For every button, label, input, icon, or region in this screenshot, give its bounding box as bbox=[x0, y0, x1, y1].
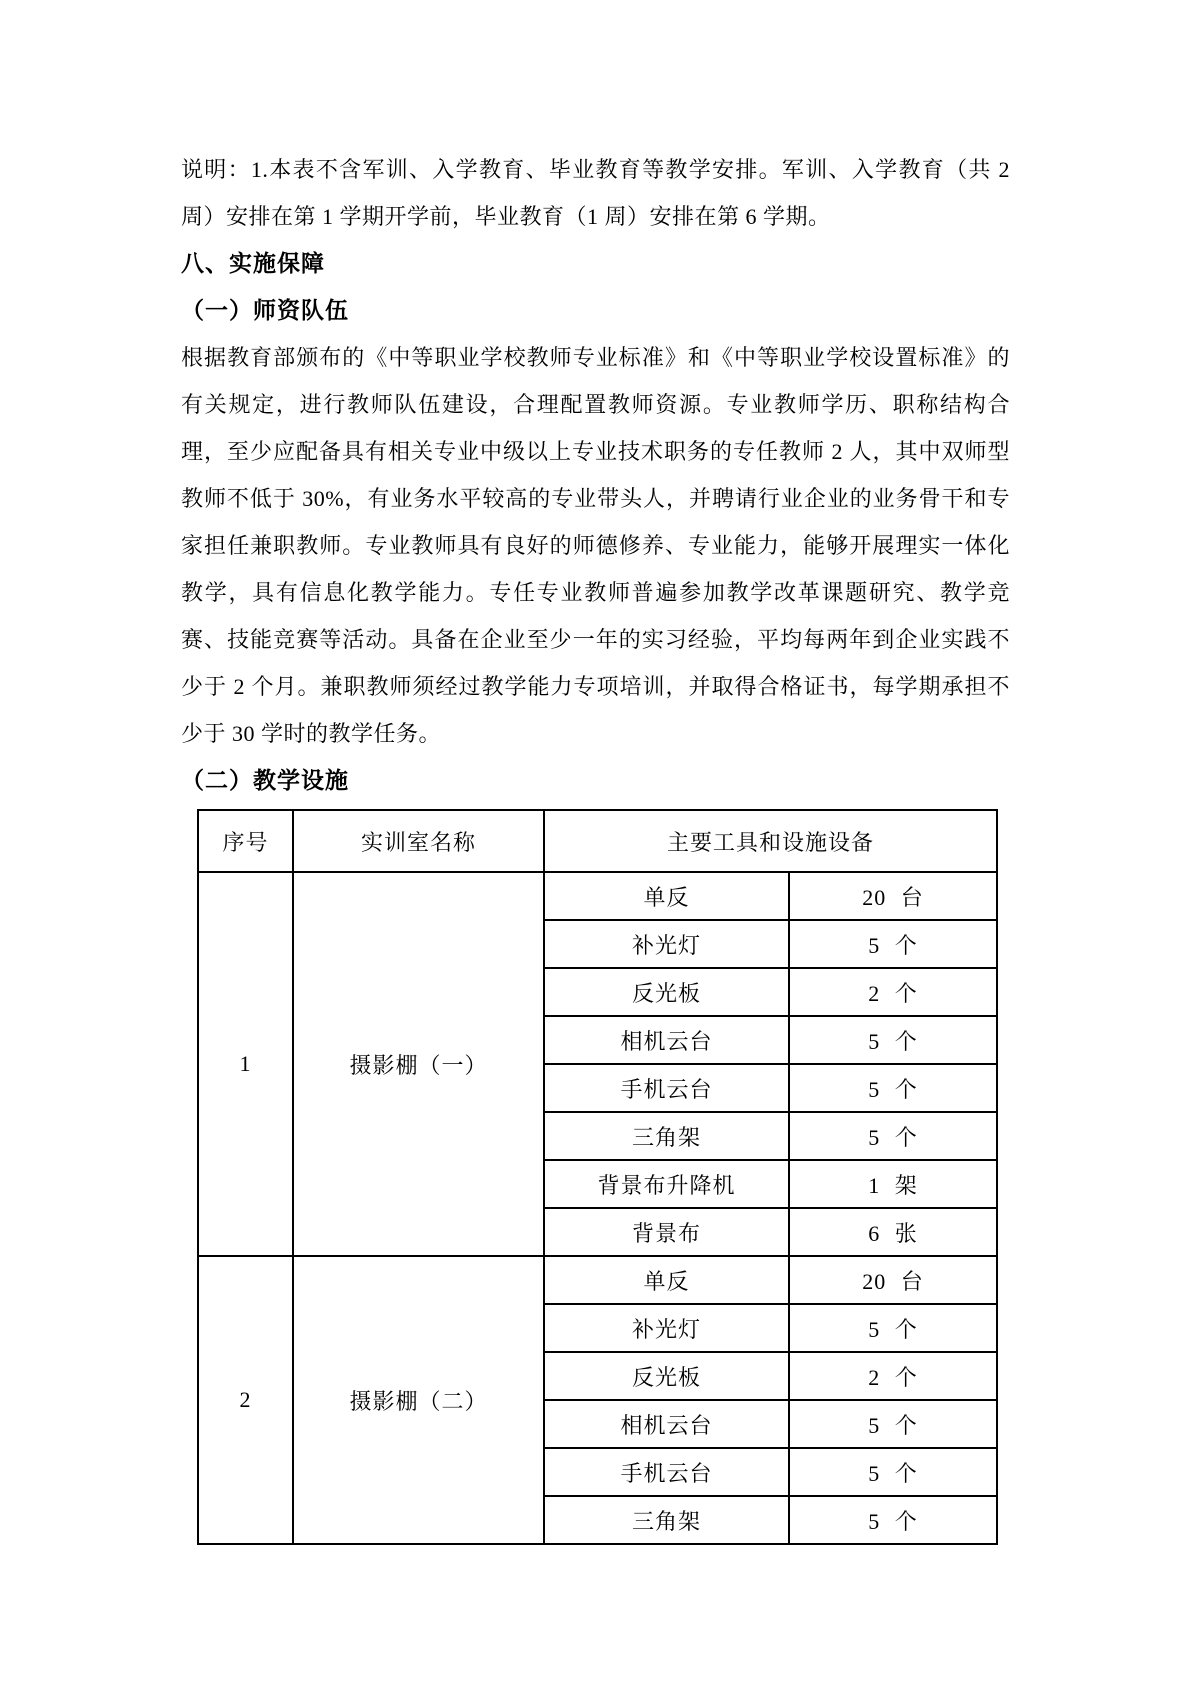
header-room-name: 实训室名称 bbox=[293, 810, 544, 872]
tool-name-cell: 补光灯 bbox=[544, 1304, 789, 1352]
note-paragraph: 说明：1.本表不含军训、入学教育、毕业教育等教学安排。军训、入学教育（共 2 周… bbox=[181, 146, 1010, 240]
tool-quantity-cell: 5 个 bbox=[789, 1016, 997, 1064]
room-index-cell: 1 bbox=[198, 872, 293, 1256]
tool-name-cell: 补光灯 bbox=[544, 920, 789, 968]
tool-name-cell: 三角架 bbox=[544, 1496, 789, 1544]
tool-quantity-cell: 20 台 bbox=[789, 872, 997, 920]
room-name-cell: 摄影棚（一） bbox=[293, 872, 544, 1256]
tool-quantity-cell: 5 个 bbox=[789, 1496, 997, 1544]
tool-quantity-cell: 5 个 bbox=[789, 1400, 997, 1448]
tool-name-cell: 背景布 bbox=[544, 1208, 789, 1256]
tool-quantity-cell: 5 个 bbox=[789, 1064, 997, 1112]
tool-name-cell: 相机云台 bbox=[544, 1016, 789, 1064]
tool-quantity-cell: 2 个 bbox=[789, 968, 997, 1016]
tool-quantity-cell: 5 个 bbox=[789, 1112, 997, 1160]
tool-name-cell: 背景布升降机 bbox=[544, 1160, 789, 1208]
tool-name-cell: 手机云台 bbox=[544, 1448, 789, 1496]
tool-quantity-cell: 1 架 bbox=[789, 1160, 997, 1208]
header-index: 序号 bbox=[198, 810, 293, 872]
tool-name-cell: 相机云台 bbox=[544, 1400, 789, 1448]
document-page: 说明：1.本表不含军训、入学教育、毕业教育等教学安排。军训、入学教育（共 2 周… bbox=[0, 0, 1191, 1684]
teachers-paragraph: 根据教育部颁布的《中等职业学校教师专业标准》和《中等职业学校设置标准》的有关规定… bbox=[181, 334, 1010, 757]
equipment-row: 2摄影棚（二）单反20 台 bbox=[198, 1256, 997, 1304]
tool-name-cell: 反光板 bbox=[544, 968, 789, 1016]
room-name-cell: 摄影棚（二） bbox=[293, 1256, 544, 1544]
tool-quantity-cell: 5 个 bbox=[789, 1304, 997, 1352]
tool-quantity-cell: 6 张 bbox=[789, 1208, 997, 1256]
room-index-cell: 2 bbox=[198, 1256, 293, 1544]
tool-name-cell: 单反 bbox=[544, 872, 789, 920]
tool-name-cell: 三角架 bbox=[544, 1112, 789, 1160]
equipment-row: 1摄影棚（一）单反20 台 bbox=[198, 872, 997, 920]
subsection-heading-teachers: （一）师资队伍 bbox=[181, 287, 1010, 334]
table-header-row: 序号 实训室名称 主要工具和设施设备 bbox=[198, 810, 997, 872]
section-heading: 八、实施保障 bbox=[181, 240, 1010, 287]
facilities-table: 序号 实训室名称 主要工具和设施设备 1摄影棚（一）单反20 台补光灯5 个反光… bbox=[197, 809, 998, 1545]
tool-quantity-cell: 2 个 bbox=[789, 1352, 997, 1400]
tool-quantity-cell: 20 台 bbox=[789, 1256, 997, 1304]
tool-name-cell: 手机云台 bbox=[544, 1064, 789, 1112]
tool-quantity-cell: 5 个 bbox=[789, 920, 997, 968]
tool-quantity-cell: 5 个 bbox=[789, 1448, 997, 1496]
tool-name-cell: 反光板 bbox=[544, 1352, 789, 1400]
subsection-heading-facilities: （二）教学设施 bbox=[181, 757, 1010, 804]
tool-name-cell: 单反 bbox=[544, 1256, 789, 1304]
facilities-table-body: 1摄影棚（一）单反20 台补光灯5 个反光板2 个相机云台5 个手机云台5 个三… bbox=[198, 872, 997, 1544]
header-tools-equipment: 主要工具和设施设备 bbox=[544, 810, 997, 872]
